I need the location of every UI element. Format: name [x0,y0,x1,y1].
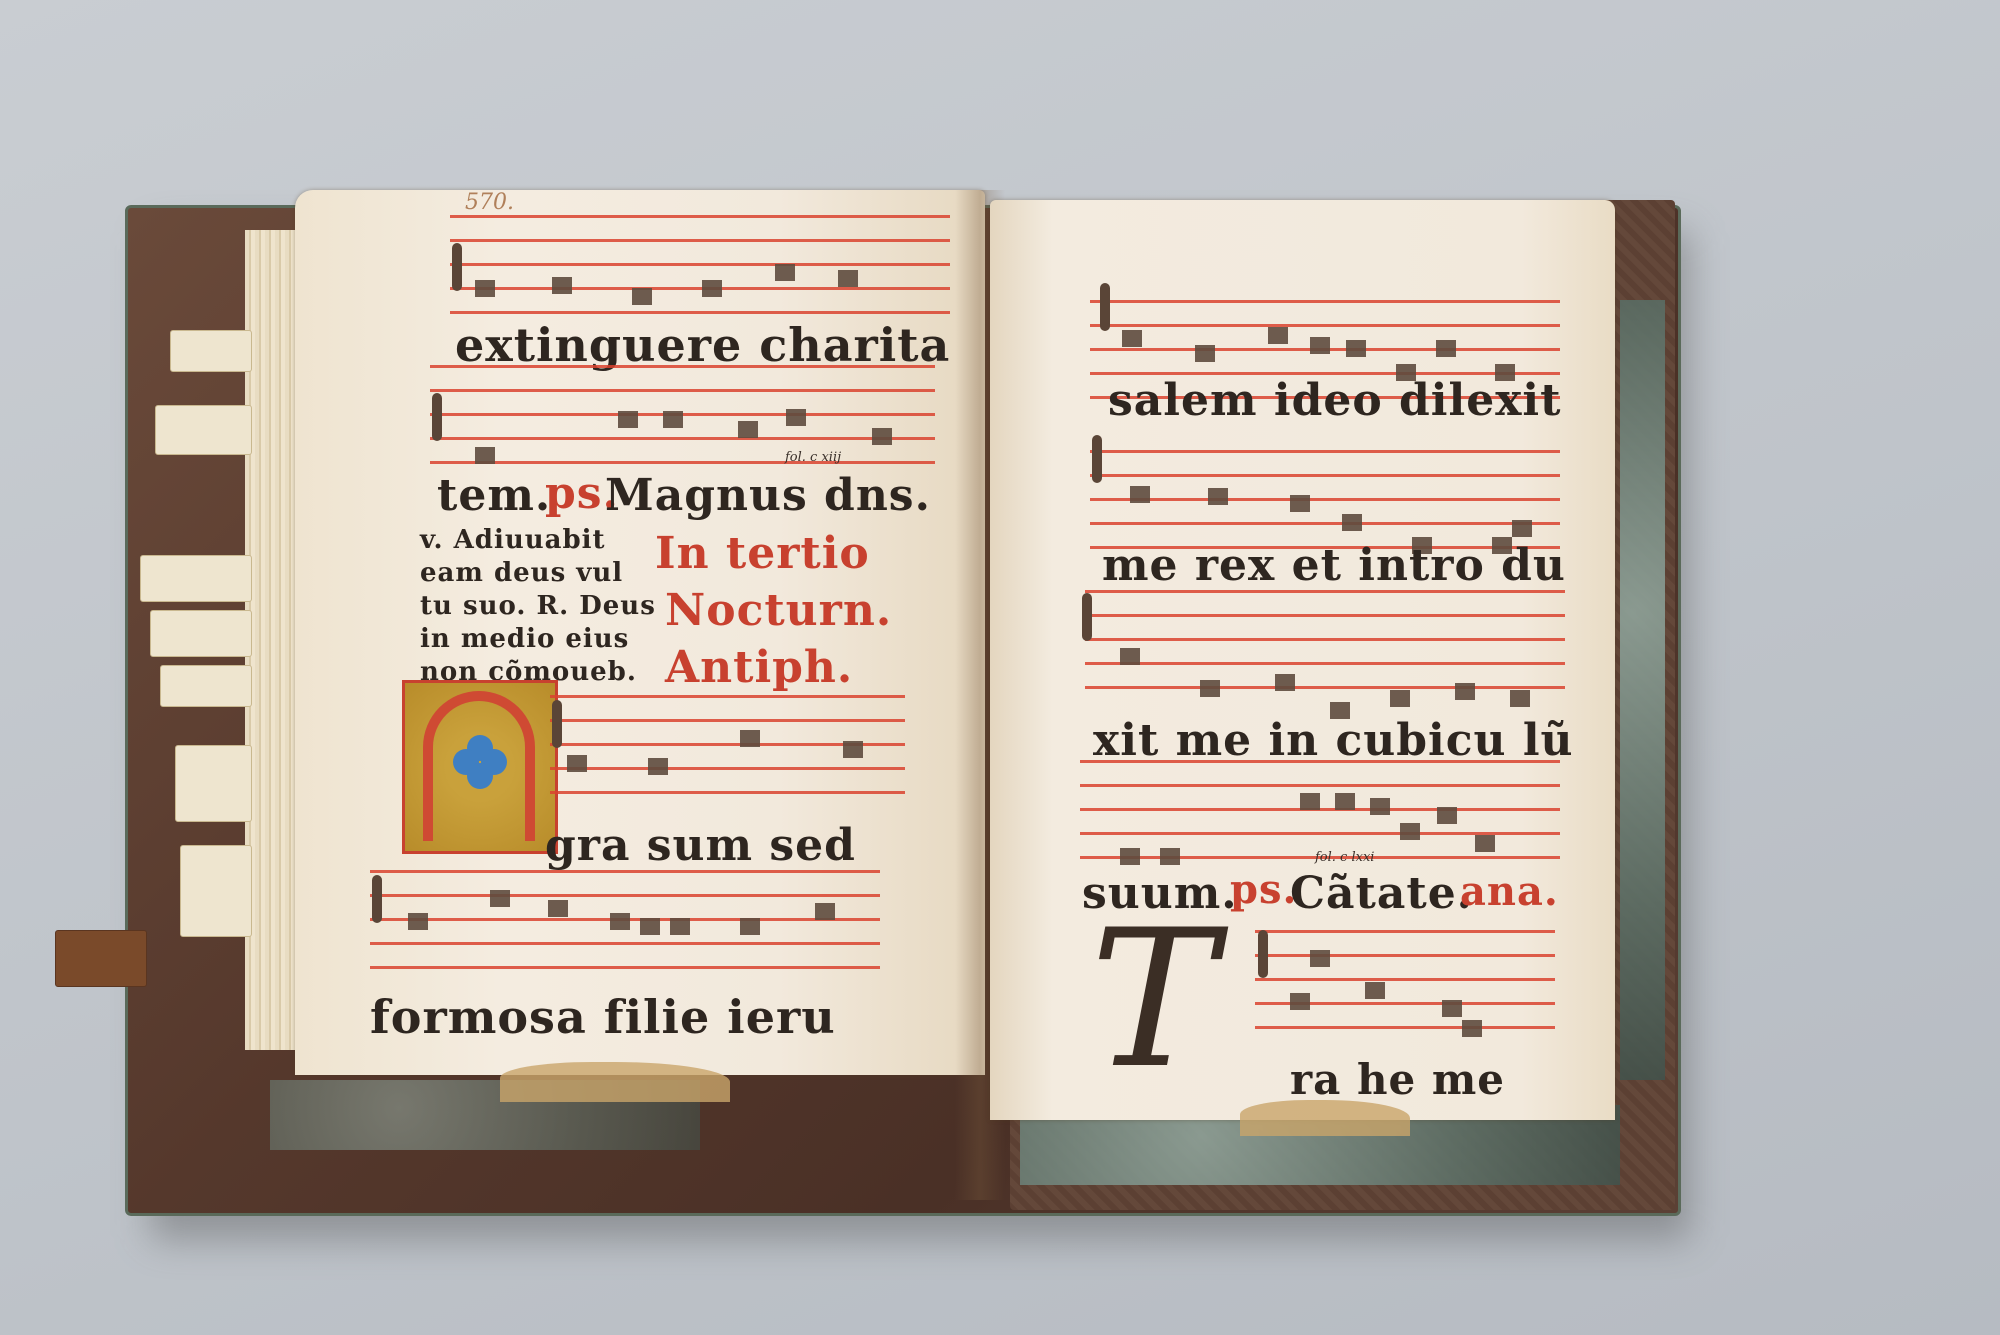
tab [170,330,252,372]
neume [618,411,638,428]
neume [1268,327,1288,344]
neume [872,428,892,445]
page-damage [500,1062,730,1102]
clef-icon [1100,283,1110,331]
staff [1255,930,1555,931]
lyric-line: Cãtate. [1290,868,1473,919]
folio-note: fol. c lxxi [1315,850,1374,865]
neume [548,900,568,917]
neume [1310,337,1330,354]
flower-icon [453,735,507,789]
verse-line: in medio eius [420,624,629,654]
neume [738,421,758,438]
folio-number: 570. [465,190,514,215]
neume [475,280,495,297]
neume [1510,690,1530,707]
verse-line: eam deus vul [420,558,623,588]
decorated-initial: T [1090,905,1217,1095]
verse-line: v. Adiuuabit [420,525,606,555]
neume [815,903,835,920]
lyric-line: tem. [437,470,551,521]
neume [1200,680,1220,697]
tab [180,845,252,937]
neume [408,913,428,930]
tab [155,405,252,455]
neume [1475,835,1495,852]
neume [1462,1020,1482,1037]
tab [175,745,252,822]
staff [450,215,950,216]
neume [740,730,760,747]
neume [1437,807,1457,824]
illuminated-initial [402,680,558,854]
verse-line: tu suo. R. Deus [420,591,656,621]
neume [838,270,858,287]
neume [1275,674,1295,691]
rubric-ana: ana. [1460,868,1559,915]
lyric-line: formosa filie ieru [370,990,836,1044]
staff [1090,300,1560,301]
neume [1346,340,1366,357]
neume [843,741,863,758]
lyric-line: Magnus dns. [605,470,931,521]
neume [1122,330,1142,347]
neume [1300,793,1320,810]
rubric-ps: ps. [1230,866,1297,913]
clef-icon [452,243,462,291]
neume [632,288,652,305]
marbled-endpaper [1620,300,1665,1080]
neume [1120,848,1140,865]
neume [1208,488,1228,505]
neume [552,277,572,294]
lyric-line: ra he me [1290,1055,1505,1104]
folio-note: fol. c xiij [785,450,841,465]
neume [567,755,587,772]
rubric-line: In tertio [655,528,870,579]
clef-icon [1258,930,1268,978]
clef-icon [1092,435,1102,483]
clef-icon [372,875,382,923]
neume [740,918,760,935]
neume [1310,950,1330,967]
staff [550,695,905,696]
neume [1290,495,1310,512]
neume [1455,683,1475,700]
rubric-line: Antiph. [665,642,853,693]
clef-icon [432,393,442,441]
staff [1080,760,1560,761]
lyric-line: extinguere charita [455,318,950,372]
neume [670,918,690,935]
clef-icon [552,700,562,748]
neume [702,280,722,297]
neume [1365,982,1385,999]
neume [1370,798,1390,815]
neume [1335,793,1355,810]
tab [140,555,252,602]
staff [370,870,880,871]
neume [1160,848,1180,865]
lyric-line: xit me in cubicu lũ [1093,715,1574,766]
tab [150,610,252,657]
neume [1120,648,1140,665]
neume [610,913,630,930]
neume [490,890,510,907]
neume [648,758,668,775]
neume [1436,340,1456,357]
rubric-line: Nocturn. [665,585,892,636]
neume [786,409,806,426]
page-damage [1240,1100,1410,1136]
neume [1195,345,1215,362]
lyric-line: gra sum sed [545,820,856,871]
lyric-line: me rex et intro du [1102,540,1566,591]
neume [1442,1000,1462,1017]
neume [1290,993,1310,1010]
neume [475,447,495,464]
neume [1400,823,1420,840]
staff [430,365,935,366]
staff [1085,590,1565,591]
clef-icon [1082,593,1092,641]
neume [640,918,660,935]
neume [1390,690,1410,707]
lyric-line: salem ideo dilexit [1108,375,1561,426]
neume [775,264,795,281]
staff [1090,450,1560,451]
neume [1342,514,1362,531]
neume [663,411,683,428]
leather-strap [55,930,147,987]
right-page [990,200,1615,1120]
tab [160,665,252,707]
neume [1512,520,1532,537]
neume [1130,486,1150,503]
